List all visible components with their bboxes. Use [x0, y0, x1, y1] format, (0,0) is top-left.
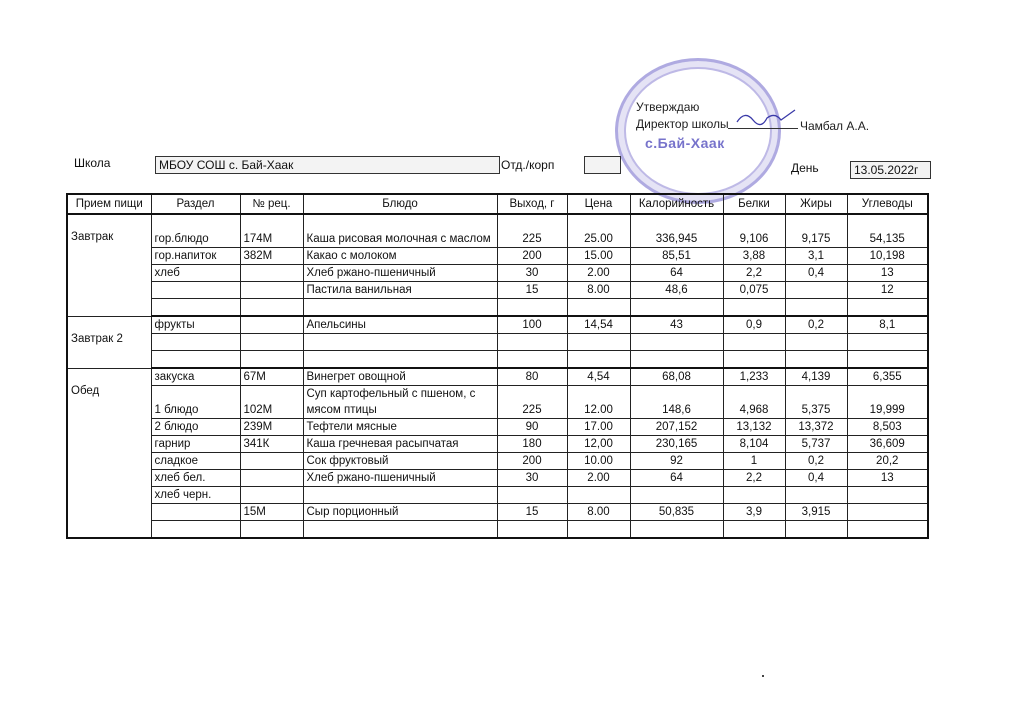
cell-fat: 4,139 — [785, 368, 847, 386]
cell-protein — [723, 521, 785, 539]
cell-section: 1 блюдо — [151, 386, 240, 419]
cell-kcal: 92 — [630, 453, 723, 470]
cell-protein — [723, 351, 785, 369]
approval-title: Утверждаю — [636, 100, 699, 114]
cell-dish: Апельсины — [303, 316, 497, 334]
approval-position: Директор школы — [636, 117, 729, 131]
signature-icon — [735, 108, 797, 130]
cell-recipe: 174М — [240, 214, 303, 248]
cell-price: 2.00 — [567, 265, 630, 282]
cell-recipe — [240, 351, 303, 369]
table-row: Обедзакуска67МВинегрет овощной804,5468,0… — [67, 368, 928, 386]
cell-price: 4,54 — [567, 368, 630, 386]
approval-signer: Чамбал А.А. — [800, 119, 869, 133]
cell-dish: Сыр порционный — [303, 504, 497, 521]
cell-recipe: 382М — [240, 248, 303, 265]
cell-dish: Винегрет овощной — [303, 368, 497, 386]
table-row: Пастила ванильная158.0048,60,07512 — [67, 282, 928, 299]
column-header-price: Цена — [567, 194, 630, 214]
column-header-protein: Белки — [723, 194, 785, 214]
cell-weight — [497, 521, 567, 539]
cell-recipe — [240, 282, 303, 299]
cell-kcal — [630, 299, 723, 317]
day-field: 13.05.2022г — [850, 161, 931, 179]
cell-weight: 30 — [497, 470, 567, 487]
day-label: День — [791, 161, 819, 175]
cell-dish — [303, 299, 497, 317]
cell-weight: 180 — [497, 436, 567, 453]
cell-kcal: 48,6 — [630, 282, 723, 299]
cell-price: 14,54 — [567, 316, 630, 334]
table-row: Завтракгор.блюдо174МКаша рисовая молочна… — [67, 214, 928, 248]
cell-section — [151, 334, 240, 351]
cell-protein: 9,106 — [723, 214, 785, 248]
cell-protein — [723, 299, 785, 317]
cell-recipe — [240, 470, 303, 487]
cell-price: 25.00 — [567, 214, 630, 248]
cell-carbs: 54,135 — [847, 214, 928, 248]
cell-price: 12.00 — [567, 386, 630, 419]
cell-protein: 3,88 — [723, 248, 785, 265]
cell-dish — [303, 334, 497, 351]
cell-section — [151, 282, 240, 299]
signature-line — [728, 128, 798, 129]
cell-carbs: 8,503 — [847, 419, 928, 436]
cell-weight: 80 — [497, 368, 567, 386]
cell-weight — [497, 351, 567, 369]
cell-carbs: 6,355 — [847, 368, 928, 386]
cell-section: фрукты — [151, 316, 240, 334]
table-header-row: Прием пищиРаздел№ рец.БлюдоВыход, гЦенаК… — [67, 194, 928, 214]
cell-recipe — [240, 487, 303, 504]
cell-weight: 225 — [497, 214, 567, 248]
cell-protein: 0,9 — [723, 316, 785, 334]
cell-price: 10.00 — [567, 453, 630, 470]
cell-fat: 3,1 — [785, 248, 847, 265]
cell-fat — [785, 521, 847, 539]
table-row: хлеб бел.Хлеб ржано-пшеничный302.00642,2… — [67, 470, 928, 487]
cell-dish: Тефтели мясные — [303, 419, 497, 436]
cell-carbs — [847, 487, 928, 504]
table-row: Завтрак 2фруктыАпельсины10014,54430,90,2… — [67, 316, 928, 334]
cell-price: 17.00 — [567, 419, 630, 436]
table-row — [67, 521, 928, 539]
cell-fat: 0,2 — [785, 316, 847, 334]
column-header-weight: Выход, г — [497, 194, 567, 214]
cell-section: хлеб бел. — [151, 470, 240, 487]
cell-fat: 0,4 — [785, 470, 847, 487]
cell-section: хлеб черн. — [151, 487, 240, 504]
cell-fat — [785, 487, 847, 504]
cell-dish: Каша гречневая расыпчатая — [303, 436, 497, 453]
cell-dish — [303, 521, 497, 539]
cell-kcal: 68,08 — [630, 368, 723, 386]
cell-carbs: 10,198 — [847, 248, 928, 265]
cell-fat: 9,175 — [785, 214, 847, 248]
table-row: гор.напиток382МКакао с молоком20015.0085… — [67, 248, 928, 265]
cell-kcal: 64 — [630, 265, 723, 282]
cell-weight: 100 — [497, 316, 567, 334]
cell-protein: 3,9 — [723, 504, 785, 521]
cell-dish: Хлеб ржано-пшеничный — [303, 470, 497, 487]
cell-protein: 0,075 — [723, 282, 785, 299]
school-field: МБОУ СОШ с. Бай-Хаак — [155, 156, 500, 174]
cell-weight: 90 — [497, 419, 567, 436]
cell-fat: 3,915 — [785, 504, 847, 521]
cell-weight: 15 — [497, 282, 567, 299]
cell-carbs — [847, 299, 928, 317]
cell-fat — [785, 351, 847, 369]
scan-speck — [762, 675, 764, 677]
cell-price: 15.00 — [567, 248, 630, 265]
cell-price — [567, 351, 630, 369]
cell-recipe — [240, 521, 303, 539]
cell-carbs: 19,999 — [847, 386, 928, 419]
cell-protein — [723, 334, 785, 351]
cell-recipe — [240, 453, 303, 470]
cell-carbs — [847, 334, 928, 351]
cell-recipe: 102М — [240, 386, 303, 419]
cell-kcal: 85,51 — [630, 248, 723, 265]
column-header-fat: Жиры — [785, 194, 847, 214]
cell-recipe — [240, 265, 303, 282]
cell-kcal — [630, 334, 723, 351]
cell-weight: 225 — [497, 386, 567, 419]
column-header-dish: Блюдо — [303, 194, 497, 214]
menu-table: Прием пищиРаздел№ рец.БлюдоВыход, гЦенаК… — [66, 193, 929, 539]
cell-kcal: 64 — [630, 470, 723, 487]
cell-carbs — [847, 351, 928, 369]
cell-fat: 0,2 — [785, 453, 847, 470]
cell-section: закуска — [151, 368, 240, 386]
cell-kcal — [630, 487, 723, 504]
cell-weight: 200 — [497, 453, 567, 470]
cell-recipe — [240, 334, 303, 351]
cell-weight: 15 — [497, 504, 567, 521]
meal-name: Завтрак — [67, 214, 151, 316]
cell-recipe: 239М — [240, 419, 303, 436]
column-header-section: Раздел — [151, 194, 240, 214]
cell-carbs: 13 — [847, 470, 928, 487]
cell-kcal: 207,152 — [630, 419, 723, 436]
cell-carbs: 36,609 — [847, 436, 928, 453]
cell-kcal: 148,6 — [630, 386, 723, 419]
cell-weight — [497, 334, 567, 351]
cell-section: сладкое — [151, 453, 240, 470]
cell-price: 2.00 — [567, 470, 630, 487]
column-header-carbs: Углеводы — [847, 194, 928, 214]
cell-price — [567, 487, 630, 504]
cell-dish: Каша рисовая молочная с маслом — [303, 214, 497, 248]
cell-dish: Пастила ванильная — [303, 282, 497, 299]
cell-weight: 200 — [497, 248, 567, 265]
table-row — [67, 351, 928, 369]
cell-weight — [497, 487, 567, 504]
table-row: 2 блюдо239МТефтели мясные9017.00207,1521… — [67, 419, 928, 436]
cell-price — [567, 521, 630, 539]
cell-carbs: 8,1 — [847, 316, 928, 334]
table-row: хлебХлеб ржано-пшеничный302.00642,20,413 — [67, 265, 928, 282]
cell-recipe: 67М — [240, 368, 303, 386]
cell-protein: 2,2 — [723, 265, 785, 282]
meal-name: Обед — [67, 368, 151, 538]
cell-kcal: 230,165 — [630, 436, 723, 453]
cell-recipe: 15М — [240, 504, 303, 521]
official-stamp — [615, 58, 781, 204]
cell-kcal — [630, 521, 723, 539]
column-header-meal: Прием пищи — [67, 194, 151, 214]
cell-price: 12,00 — [567, 436, 630, 453]
cell-section — [151, 504, 240, 521]
cell-kcal: 50,835 — [630, 504, 723, 521]
dept-label: Отд./корп — [501, 158, 554, 172]
cell-kcal: 336,945 — [630, 214, 723, 248]
cell-weight: 30 — [497, 265, 567, 282]
table-row — [67, 299, 928, 317]
dept-field — [584, 156, 621, 174]
cell-price — [567, 334, 630, 351]
cell-kcal: 43 — [630, 316, 723, 334]
cell-protein — [723, 487, 785, 504]
cell-fat: 5,375 — [785, 386, 847, 419]
table-row: сладкоеСок фруктовый20010.009210,220,2 — [67, 453, 928, 470]
table-row: гарнир341ККаша гречневая расыпчатая18012… — [67, 436, 928, 453]
cell-section: гор.напиток — [151, 248, 240, 265]
column-header-recipe: № рец. — [240, 194, 303, 214]
cell-kcal — [630, 351, 723, 369]
cell-dish — [303, 487, 497, 504]
table-row: 1 блюдо102МСуп картофельный с пшеном, с … — [67, 386, 928, 419]
cell-protein: 1,233 — [723, 368, 785, 386]
cell-section — [151, 351, 240, 369]
cell-section — [151, 521, 240, 539]
cell-carbs: 12 — [847, 282, 928, 299]
cell-protein: 13,132 — [723, 419, 785, 436]
cell-section: хлеб — [151, 265, 240, 282]
table-row: 15МСыр порционный158.0050,8353,93,915 — [67, 504, 928, 521]
cell-carbs: 20,2 — [847, 453, 928, 470]
cell-recipe: 341К — [240, 436, 303, 453]
cell-recipe — [240, 299, 303, 317]
cell-dish: Какао с молоком — [303, 248, 497, 265]
cell-section: гарнир — [151, 436, 240, 453]
cell-price: 8.00 — [567, 504, 630, 521]
cell-fat — [785, 299, 847, 317]
cell-price: 8.00 — [567, 282, 630, 299]
cell-dish: Хлеб ржано-пшеничный — [303, 265, 497, 282]
cell-fat: 5,737 — [785, 436, 847, 453]
cell-dish: Сок фруктовый — [303, 453, 497, 470]
cell-section: 2 блюдо — [151, 419, 240, 436]
cell-protein: 8,104 — [723, 436, 785, 453]
cell-fat: 0,4 — [785, 265, 847, 282]
stamp-text: с.Бай-Хаак — [645, 135, 725, 151]
cell-protein: 2,2 — [723, 470, 785, 487]
table-row: хлеб черн. — [67, 487, 928, 504]
table-row — [67, 334, 928, 351]
cell-section — [151, 299, 240, 317]
cell-protein: 4,968 — [723, 386, 785, 419]
meal-name: Завтрак 2 — [67, 316, 151, 368]
cell-section: гор.блюдо — [151, 214, 240, 248]
cell-fat — [785, 334, 847, 351]
cell-dish — [303, 351, 497, 369]
cell-carbs — [847, 504, 928, 521]
column-header-kcal: Калорийность — [630, 194, 723, 214]
school-label: Школа — [74, 156, 110, 170]
cell-carbs — [847, 521, 928, 539]
cell-carbs: 13 — [847, 265, 928, 282]
cell-fat — [785, 282, 847, 299]
cell-weight — [497, 299, 567, 317]
cell-dish: Суп картофельный с пшеном, с мясом птицы — [303, 386, 497, 419]
cell-price — [567, 299, 630, 317]
cell-recipe — [240, 316, 303, 334]
cell-protein: 1 — [723, 453, 785, 470]
cell-fat: 13,372 — [785, 419, 847, 436]
